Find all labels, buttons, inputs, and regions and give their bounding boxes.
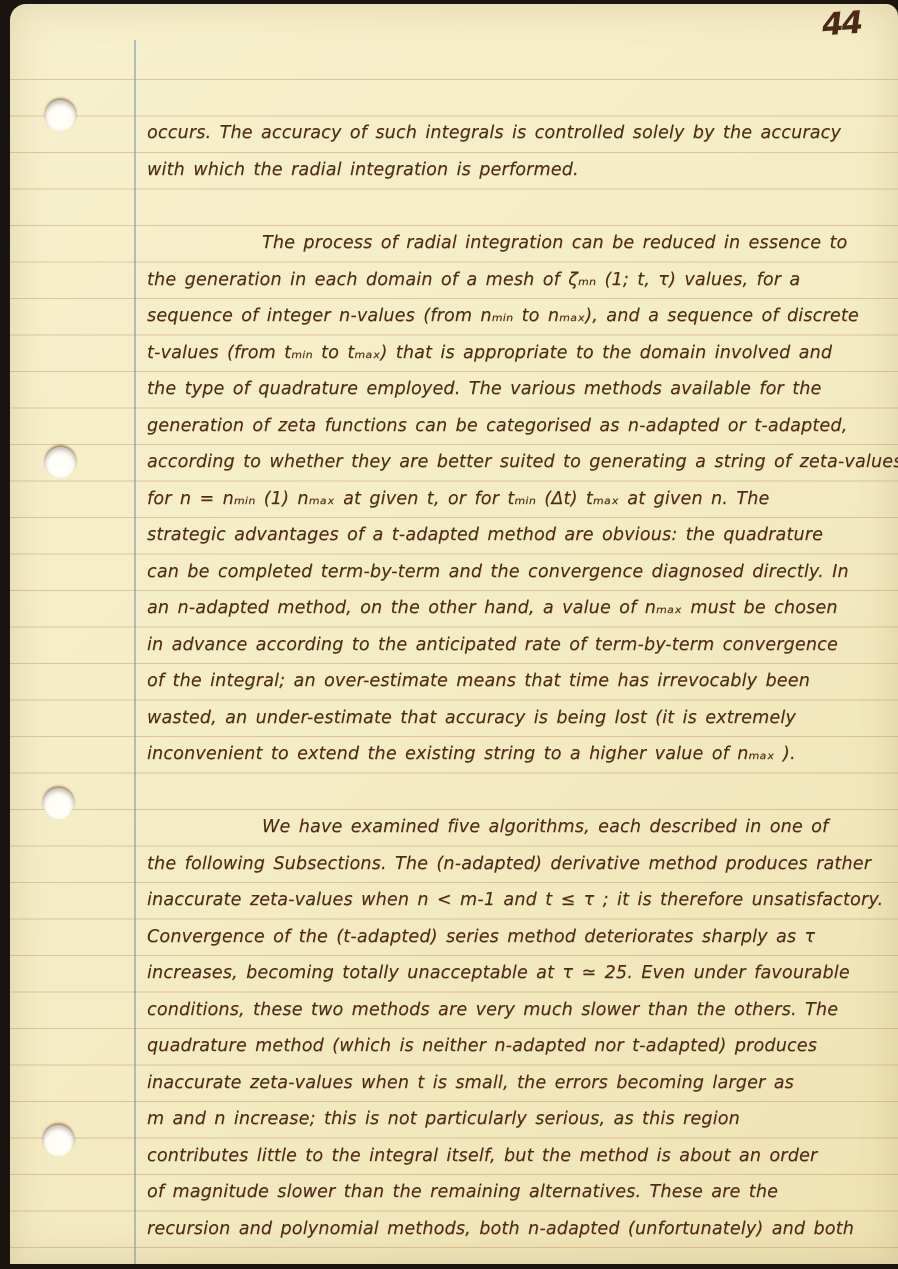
handwritten-line: inaccurate zeta-values when n < m-1 and … [147, 882, 894, 919]
handwritten-line: the type of quadrature employed. The var… [147, 371, 894, 408]
handwritten-line: can be completed term-by-term and the co… [147, 554, 894, 591]
handwritten-line: The process of radial integration can be… [147, 225, 894, 262]
handwritten-line: strategic advantages of a t-adapted meth… [147, 517, 894, 554]
handwritten-line: Convergence of the (t-adapted) series me… [147, 919, 894, 956]
handwritten-line: conditions, these two methods are very m… [147, 992, 894, 1029]
paragraph-2: The process of radial integration can be… [147, 225, 894, 773]
handwritten-line: wasted, an under-estimate that accuracy … [147, 700, 894, 737]
paragraph-3: We have examined five algorithms, each d… [147, 809, 894, 1247]
handwritten-line: increases, becoming totally unacceptable… [147, 955, 894, 992]
handwritten-line: occurs. The accuracy of such integrals i… [147, 115, 894, 152]
handwritten-text-column: occurs. The accuracy of such integrals i… [147, 4, 894, 1264]
handwritten-line: for n = nₘᵢₙ (1) nₘₐₓ at given t, or for… [147, 481, 894, 518]
handwritten-line: recursion and polynomial methods, both n… [147, 1211, 894, 1248]
handwritten-line: the following Subsections. The (n-adapte… [147, 846, 894, 883]
handwritten-line: with which the radial integration is per… [147, 152, 894, 189]
margin-line [134, 40, 136, 1264]
handwritten-line: quadrature method (which is neither n-ad… [147, 1028, 894, 1065]
handwritten-line: We have examined five algorithms, each d… [147, 809, 894, 846]
handwritten-line: t-values (from tₘᵢₙ to tₘₐₓ) that is app… [147, 335, 894, 372]
handwritten-line: sequence of integer n-values (from nₘᵢₙ … [147, 298, 894, 335]
handwritten-line: inaccurate zeta-values when t is small, … [147, 1065, 894, 1102]
handwritten-line: generation of zeta functions can be cate… [147, 408, 894, 445]
handwritten-line: according to whether they are better sui… [147, 444, 894, 481]
handwritten-line: of magnitude slower than the remaining a… [147, 1174, 894, 1211]
handwritten-line: in advance according to the anticipated … [147, 627, 894, 664]
paragraph-1: occurs. The accuracy of such integrals i… [147, 115, 894, 188]
notebook-page: 44 occurs. The accuracy of such integral… [10, 4, 898, 1264]
punch-hole [43, 1125, 74, 1156]
handwritten-line: inconvenient to extend the existing stri… [147, 736, 894, 773]
punch-hole [45, 100, 76, 131]
handwritten-line: the generation in each domain of a mesh … [147, 262, 894, 299]
punch-hole [45, 447, 76, 478]
handwritten-line: of the integral; an over-estimate means … [147, 663, 894, 700]
punch-hole [43, 788, 74, 819]
handwritten-line: contributes little to the integral itsel… [147, 1138, 894, 1175]
handwritten-line: m and n increase; this is not particular… [147, 1101, 894, 1138]
handwritten-line: an n-adapted method, on the other hand, … [147, 590, 894, 627]
